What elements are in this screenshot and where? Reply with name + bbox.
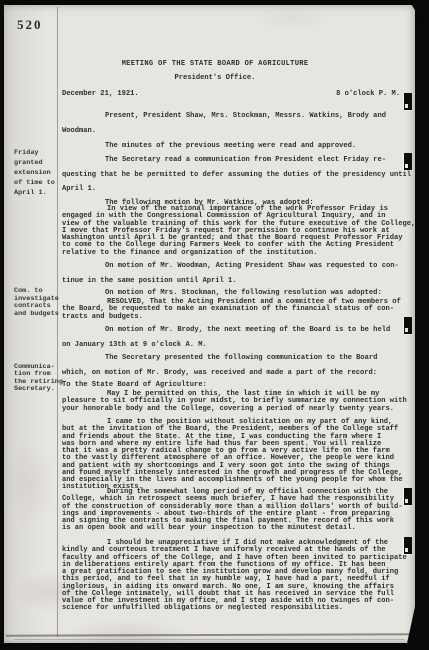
margin-note-line: Secretary. — [14, 386, 63, 393]
binding-mark — [404, 537, 412, 554]
document-header: MEETING OF THE STATE BOARD OF AGRICULTUR… — [62, 60, 368, 82]
margin-note-line: extension — [14, 168, 55, 178]
binding-mark — [404, 93, 412, 110]
paragraph: RESOLVED, That the Acting President and … — [62, 299, 418, 321]
meeting-date: December 21, 1921. — [62, 90, 139, 98]
text-line: On motion of Mr. Woodman, Acting Preside… — [62, 262, 418, 277]
binding-mark-notch — [405, 548, 408, 552]
binding-mark — [404, 317, 412, 334]
document-subtitle: President's Office. — [62, 74, 368, 82]
paragraph: The minutes of the previous meeting were… — [62, 142, 418, 157]
page-bottom-edge — [6, 633, 410, 636]
text-line: The Secretary presented the following co… — [62, 354, 418, 369]
scan-border-top — [0, 0, 429, 5]
scan-border-left — [0, 0, 4, 650]
margin-note: Com. toinvestigatecontractsand budgets — [14, 288, 59, 319]
text-line: science for unfulfilled obligations or n… — [62, 605, 418, 612]
text-line: questing that he be permitted to defer a… — [62, 171, 418, 186]
margin-note: Communica-tion fromthe retiringSecretary… — [14, 364, 63, 394]
text-line: The minutes of the previous meeting were… — [62, 142, 418, 157]
paragraph: I should be unappreciative if I did not … — [62, 540, 418, 613]
paragraph: The Secretary presented the following co… — [62, 354, 418, 383]
binding-mark-notch — [405, 164, 408, 168]
scanned-minutes-page: 520 MEETING OF THE STATE BOARD OF AGRICU… — [0, 0, 429, 650]
margin-rule-line — [57, 7, 58, 637]
text-line: tracts and budgets. — [62, 314, 418, 321]
binding-mark-notch — [405, 328, 408, 332]
page-bottom-edge-faint — [14, 639, 404, 640]
margin-note-line: of time to — [14, 178, 55, 188]
text-line: On motion of Mr. Brody, the next meeting… — [62, 326, 418, 341]
binding-mark-notch — [405, 499, 408, 503]
text-line: your honorable body and the College, cov… — [62, 406, 418, 413]
margin-note-line: and budgets — [14, 311, 59, 319]
text-line: Woodman. — [62, 127, 418, 142]
text-line: relative to the finance and organization… — [62, 250, 418, 257]
paragraph: On motion of Mr. Woodman, Acting Preside… — [62, 262, 418, 291]
binding-mark — [404, 488, 412, 505]
margin-note-line: April 1. — [14, 188, 55, 198]
margin-note-line: granted — [14, 158, 55, 168]
paragraph: The Secretary read a communication from … — [62, 156, 418, 200]
text-line: is an open book and will bear your inspe… — [62, 525, 418, 532]
paragraph: Present, President Shaw, Mrs. Stockman, … — [62, 112, 418, 141]
gutter-shadow — [4, 5, 58, 643]
text-line: The Secretary read a communication from … — [62, 156, 418, 171]
meeting-time: 8 o'clock P. M. — [336, 90, 400, 98]
margin-note: Fridaygrantedextensionof time toApril 1. — [14, 148, 55, 198]
binding-mark — [404, 153, 412, 170]
paragraph: May I be permitted on this, the last tim… — [62, 391, 418, 413]
paragraph: During the somewhat long period of my of… — [62, 489, 418, 533]
scan-border-bottom — [0, 643, 429, 650]
text-line: Present, President Shaw, Mrs. Stockman, … — [62, 112, 418, 127]
document-title: MEETING OF THE STATE BOARD OF AGRICULTUR… — [62, 60, 368, 68]
date-time-row: December 21, 1921. 8 o'clock P. M. — [62, 90, 400, 98]
margin-note-line: Friday — [14, 148, 55, 158]
text-line: on January 13th at 9 o'clock A. M. — [62, 341, 418, 356]
text-line: April 1. — [62, 185, 418, 200]
paragraph: On motion of Mr. Brody, the next meeting… — [62, 326, 418, 355]
page-number: 520 — [17, 17, 43, 33]
paragraph: I came to the position without solicitat… — [62, 419, 418, 492]
scan-border-right — [415, 0, 429, 650]
page-sheet: 520 MEETING OF THE STATE BOARD OF AGRICU… — [4, 5, 416, 643]
binding-mark-notch — [405, 104, 408, 108]
paragraph: In view of the national importance of th… — [62, 206, 418, 257]
